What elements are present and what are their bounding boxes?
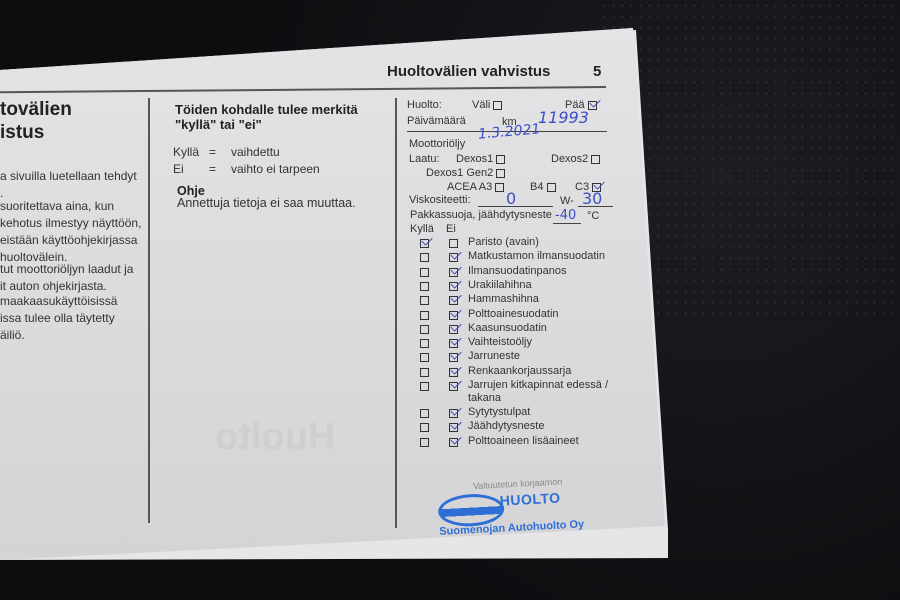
oil-grade-checkbox[interactable] [591, 155, 600, 164]
legend-eq: = [209, 145, 231, 159]
instruction-heading-line: Töiden kohdalle tulee merkitä [175, 102, 358, 117]
left-title-line: istus [0, 121, 72, 144]
no-checkbox[interactable] [449, 409, 458, 418]
service-item-label: Paristo (avain) [468, 236, 539, 248]
viscosity-separator: W- [560, 195, 574, 207]
column-divider [148, 98, 150, 523]
no-checkbox[interactable] [449, 353, 458, 362]
service-item-label: Sytytystulpat [468, 406, 530, 418]
yes-checkbox[interactable] [420, 253, 429, 262]
oil-grade-label: B4 [530, 181, 543, 193]
left-paragraph: suoritettava aina, kunkehotus ilmestyy n… [0, 198, 141, 266]
service-item-label: Vaihteistoöljy [468, 336, 532, 348]
left-paragraph-line: a sivuilla luetellaan tehdyt [0, 168, 137, 185]
no-checkbox[interactable] [449, 382, 458, 391]
legend-meaning: vaihto ei tarpeen [231, 162, 320, 176]
service-label: Huolto: [407, 99, 442, 111]
service-item-label: Matkustamon ilmansuodatin [468, 250, 605, 262]
oil-grade-checkbox[interactable] [496, 169, 505, 178]
yes-checkbox[interactable] [420, 368, 429, 377]
no-checkbox[interactable] [449, 311, 458, 320]
yes-checkbox[interactable] [420, 325, 429, 334]
service-item-label: Ilmansuodatinpanos [468, 265, 566, 277]
antifreeze-underline [553, 223, 581, 224]
no-checkbox[interactable] [449, 423, 458, 432]
service-type-row: Huolto: [407, 99, 442, 111]
yes-checkbox[interactable] [420, 339, 429, 348]
left-paragraph-line: eistään käyttöohjekirjassa [0, 232, 141, 249]
legend-key: Kyllä [173, 145, 209, 159]
interim-label: Väli [472, 99, 490, 111]
oil-grade-option: Dexos2 [551, 153, 600, 165]
note-text: Annettuja tietoja ei saa muuttaa. [177, 196, 356, 210]
page-surface: Huoltovälien vahvistus 5 tovälien istus … [0, 28, 665, 560]
service-item-label: Polttoaineen lisäaineet [468, 435, 579, 447]
yes-checkbox[interactable] [420, 423, 429, 432]
interim-checkbox[interactable] [493, 101, 502, 110]
viscosity-low-underline [478, 206, 553, 207]
no-checkbox[interactable] [449, 368, 458, 377]
yes-checkbox[interactable] [420, 311, 429, 320]
date-value: 1.3.2021 [477, 121, 541, 142]
left-paragraph-line: issa tulee olla täytetty [0, 310, 117, 327]
yes-checkbox[interactable] [420, 382, 429, 391]
yes-checkbox[interactable] [420, 438, 429, 447]
antifreeze-label: Pakkassuoja, jäähdytysneste [410, 209, 552, 221]
service-item-label: Jarrujen kitkapinnat edessä / [468, 379, 608, 391]
service-item-label: Jarruneste [468, 350, 520, 362]
km-value: 11993 [538, 108, 589, 127]
oil-grade-label: Dexos1 [456, 153, 493, 165]
yes-checkbox[interactable] [420, 268, 429, 277]
oil-grade-label: Dexos2 [551, 153, 588, 165]
yes-checkbox[interactable] [420, 239, 429, 248]
no-checkbox[interactable] [449, 438, 458, 447]
no-checkbox[interactable] [449, 282, 458, 291]
main-checkbox[interactable] [588, 101, 597, 110]
antifreeze-value: -40 [555, 208, 576, 223]
page-number: 5 [593, 63, 601, 80]
yes-checkbox[interactable] [420, 409, 429, 418]
no-checkbox[interactable] [449, 268, 458, 277]
no-checkbox[interactable] [449, 325, 458, 334]
interim-option: Väli [472, 99, 502, 111]
header-rule [0, 86, 606, 93]
service-item-label: Jäähdytysneste [468, 420, 544, 432]
left-title-line: tovälien [0, 98, 72, 121]
legend-row-no: Ei=vaihto ei tarpeen [173, 162, 320, 176]
service-item-label: Urakiilahihna [468, 279, 532, 291]
oil-grade-label: Dexos1 Gen2 [426, 167, 493, 179]
oil-grade-option: ACEA A3 [447, 181, 504, 193]
instruction-heading-line: "kyllä" tai "ei" [175, 117, 358, 132]
service-item-label-continued: takana [468, 392, 501, 404]
yes-checkbox[interactable] [420, 296, 429, 305]
no-checkbox[interactable] [449, 239, 458, 248]
service-item-label: Hammashihna [468, 293, 539, 305]
service-item-label: Polttoainesuodatin [468, 308, 559, 320]
viscosity-high-underline [578, 206, 613, 207]
no-checkbox[interactable] [449, 253, 458, 262]
left-paragraph-line: maakaasukäyttöisissä [0, 293, 117, 310]
legend-key: Ei [173, 162, 209, 176]
oil-grade-option: Dexos1 [456, 153, 505, 165]
stamp-brand: HUOLTO [499, 490, 561, 509]
quality-label: Laatu: [409, 153, 440, 165]
yes-checkbox[interactable] [420, 353, 429, 362]
service-item-label: Kaasunsuodatin [468, 322, 547, 334]
oil-label: Moottoriöljy [409, 138, 465, 150]
no-checkbox[interactable] [449, 296, 458, 305]
column-header-no: Ei [446, 223, 456, 235]
column-header-yes: Kyllä [410, 223, 434, 235]
oil-grade-checkbox[interactable] [496, 155, 505, 164]
viscosity-label: Viskositeetti: [409, 194, 471, 206]
oil-grade-checkbox[interactable] [495, 183, 504, 192]
oil-grade-checkbox[interactable] [547, 183, 556, 192]
stamp-faint-text: Valtuutetun korjaamon [473, 476, 563, 491]
no-checkbox[interactable] [449, 339, 458, 348]
left-paragraph-line: tut moottoriöljyn laadut ja [0, 261, 133, 278]
oil-grade-option: Dexos1 Gen2 [426, 167, 505, 179]
yes-checkbox[interactable] [420, 282, 429, 291]
left-title: tovälien istus [0, 98, 72, 144]
left-paragraph: maakaasukäyttöisissäissa tulee olla täyt… [0, 293, 117, 344]
instruction-heading: Töiden kohdalle tulee merkitä "kyllä" ta… [175, 102, 358, 132]
legend-meaning: vaihdettu [231, 145, 280, 159]
booklet-page: Huoltovälien vahvistus 5 tovälien istus … [0, 28, 665, 560]
legend-row-yes: Kyllä=vaihdettu [173, 145, 280, 159]
section-title: Huoltovälien vahvistus [387, 63, 550, 80]
left-paragraph-line: kehotus ilmestyy näyttöön, [0, 215, 141, 232]
oil-grade-option: B4 [530, 181, 556, 193]
oil-grade-label: ACEA A3 [447, 181, 492, 193]
date-label: Päivämäärä [407, 115, 466, 127]
service-item-label: Renkaankorjaussarja [468, 365, 571, 377]
legend-eq: = [209, 162, 231, 176]
left-paragraph: tut moottoriöljyn laadut jait auton ohje… [0, 261, 133, 295]
left-paragraph: a sivuilla luetellaan tehdyt. [0, 168, 137, 202]
left-paragraph-line: suoritettava aina, kun [0, 198, 141, 215]
left-paragraph-line: äiliö. [0, 327, 117, 344]
show-through-watermark: Huolto [215, 416, 335, 459]
antifreeze-unit: °C [587, 210, 599, 222]
column-divider [395, 98, 397, 528]
